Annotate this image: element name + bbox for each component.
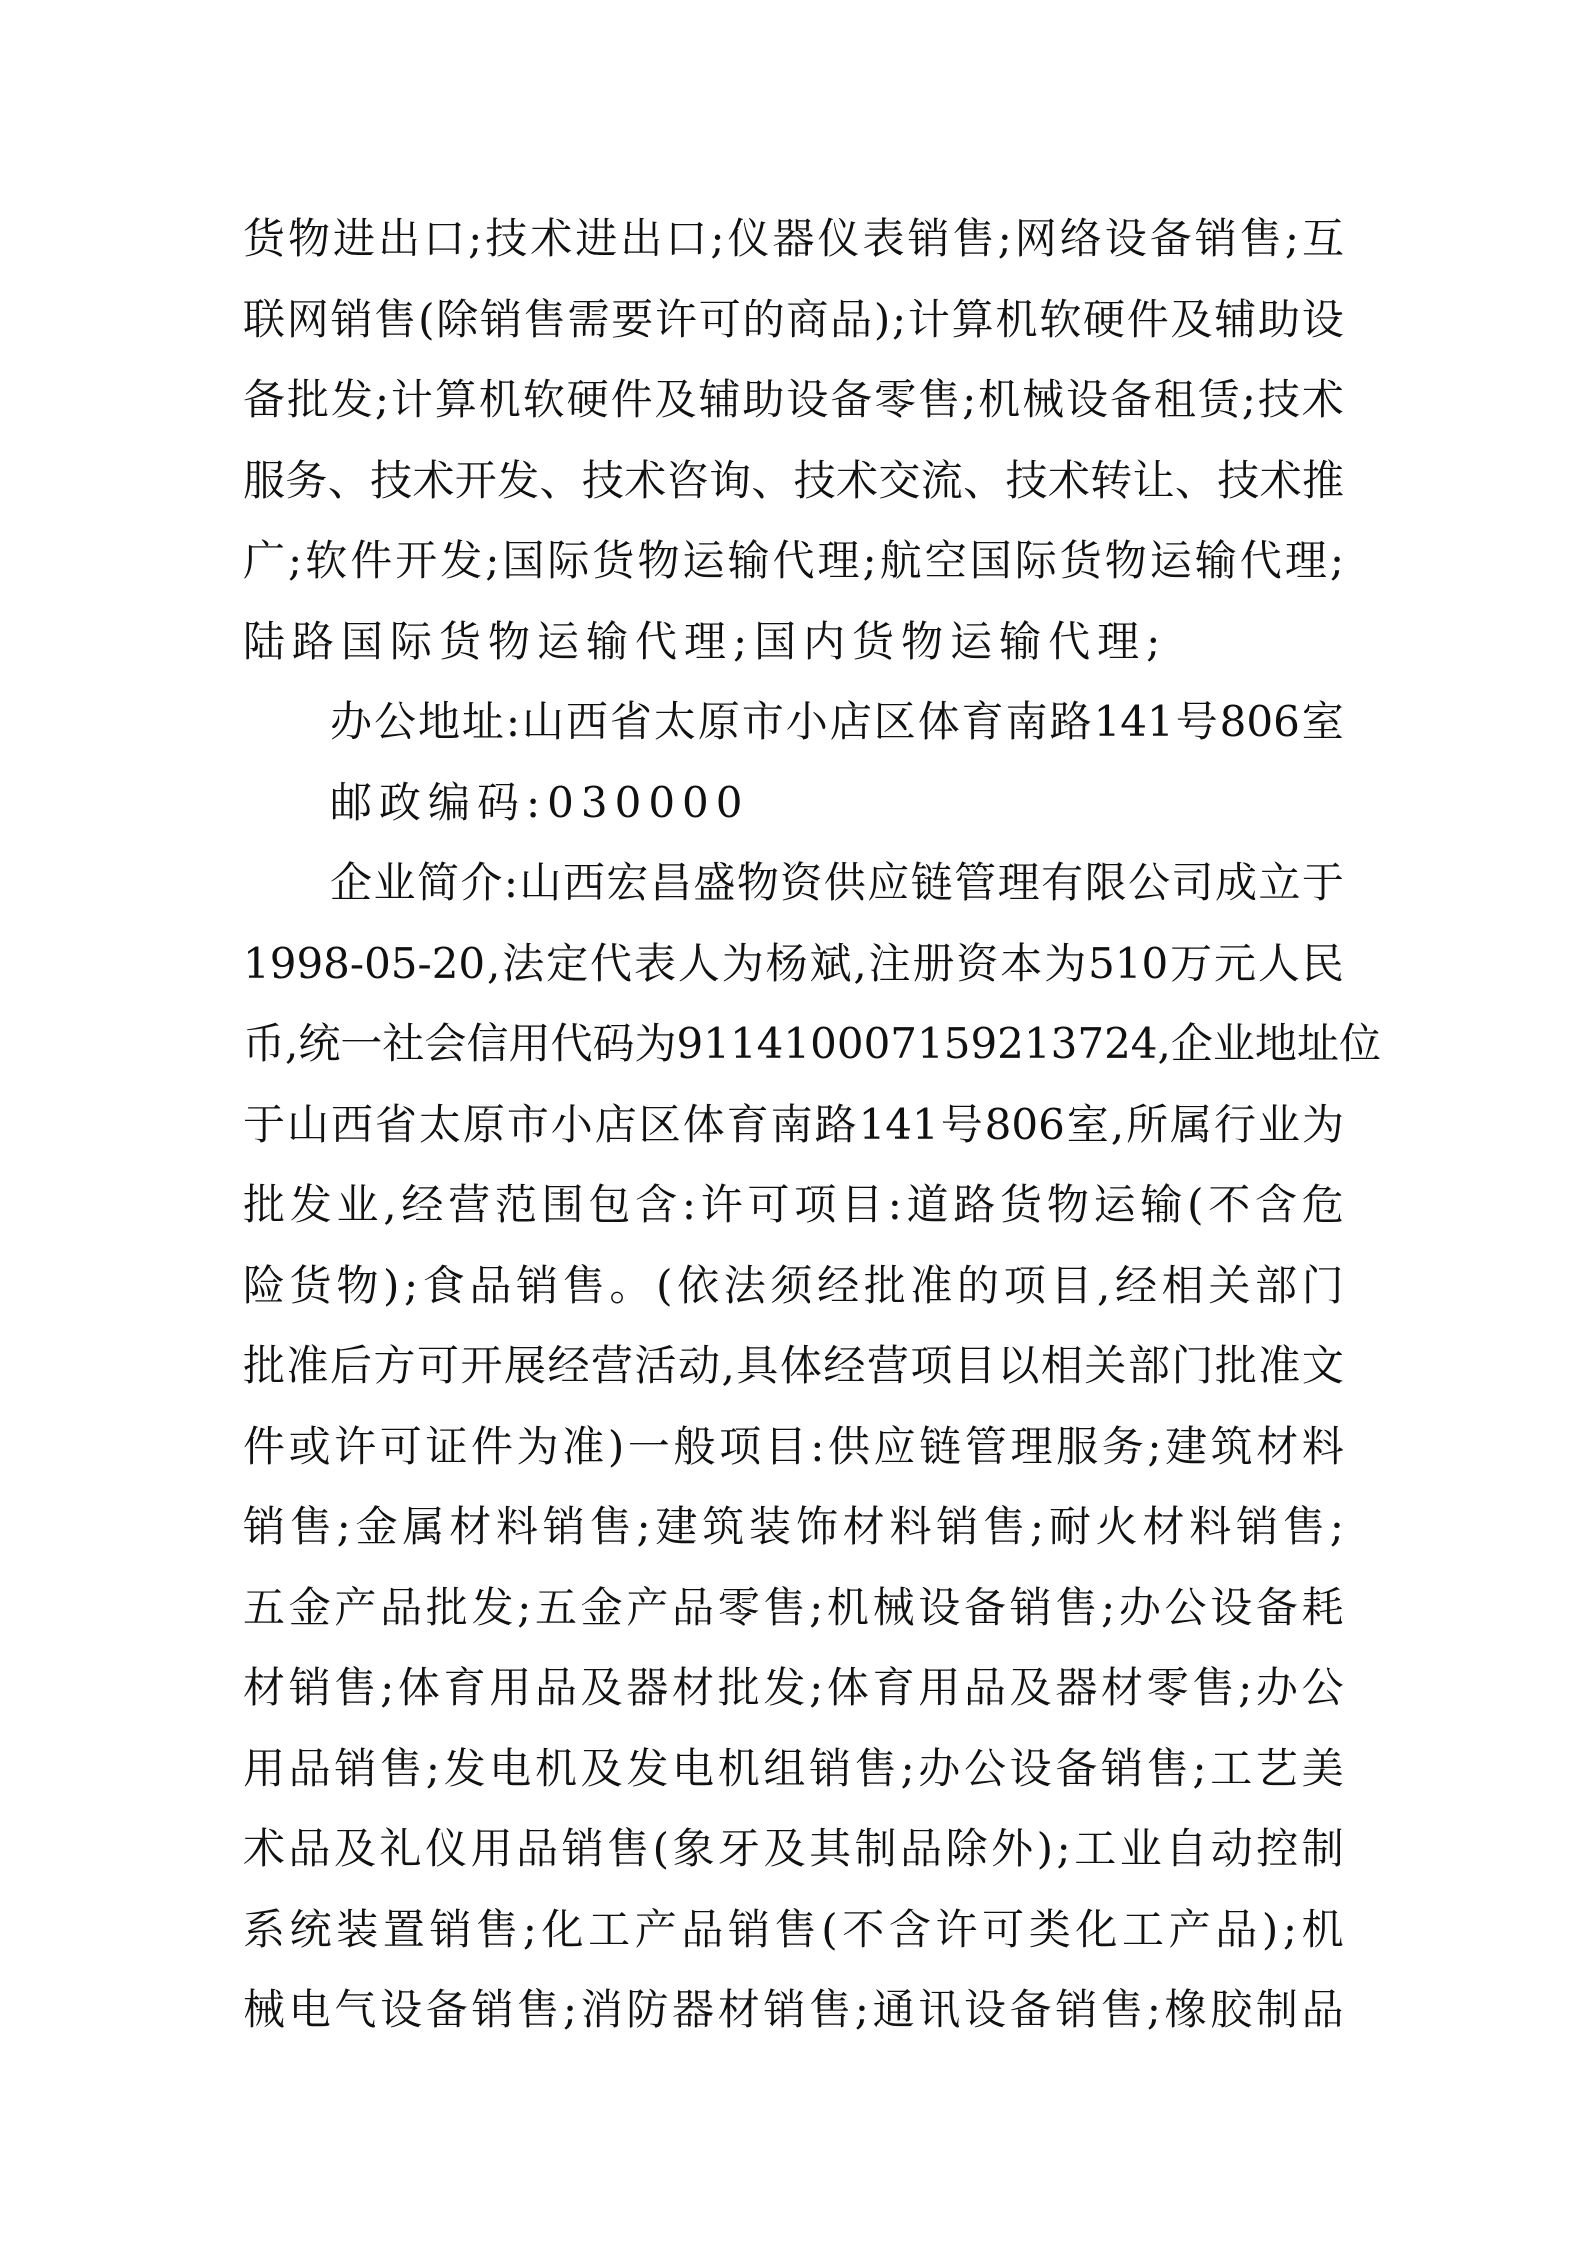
text-line: 备批发;计算机软硬件及辅助设备零售;机械设备租赁;技术	[243, 360, 1344, 441]
text-line: 材销售;体育用品及器材批发;体育用品及器材零售;办公	[243, 1648, 1344, 1729]
text-line: 险货物);食品销售。(依法须经批准的项目,经相关部门	[243, 1246, 1344, 1327]
text-line: 销售;金属材料销售;建筑装饰材料销售;耐火材料销售;	[243, 1487, 1344, 1568]
text-line: 批准后方可开展经营活动,具体经营项目以相关部门批准文	[243, 1326, 1344, 1407]
text-line: 于山西省太原市小店区体育南路141号806室,所属行业为	[243, 1085, 1344, 1166]
text-line: 币,统一社会信用代码为911410007159213724,企业地址位	[243, 1004, 1344, 1085]
text-line: 械电气设备销售;消防器材销售;通讯设备销售;橡胶制品	[243, 1970, 1344, 2051]
company-profile-line: 企业简介:山西宏昌盛物资供应链管理有限公司成立于	[243, 843, 1344, 924]
text-line: 广;软件开发;国际货物运输代理;航空国际货物运输代理;	[243, 521, 1344, 602]
text-line: 系统装置销售;化工产品销售(不含许可类化工产品);机	[243, 1890, 1344, 1971]
text-line: 1998-05-20,法定代表人为杨斌,注册资本为510万元人民	[243, 924, 1344, 1005]
text-line: 用品销售;发电机及发电机组销售;办公设备销售;工艺美	[243, 1729, 1344, 1810]
office-address-line: 办公地址:山西省太原市小店区体育南路141号806室	[243, 682, 1344, 763]
text-line: 货物进出口;技术进出口;仪器仪表销售;网络设备销售;互	[243, 199, 1344, 280]
text-line: 服务、技术开发、技术咨询、技术交流、技术转让、技术推	[243, 441, 1344, 522]
document-page: 货物进出口;技术进出口;仪器仪表销售;网络设备销售;互 联网销售(除销售需要许可…	[0, 0, 1586, 2245]
body-text: 货物进出口;技术进出口;仪器仪表销售;网络设备销售;互 联网销售(除销售需要许可…	[243, 199, 1344, 2051]
text-line: 陆路国际货物运输代理;国内货物运输代理;	[243, 602, 1344, 683]
text-line: 件或许可证件为准)一般项目:供应链管理服务;建筑材料	[243, 1407, 1344, 1488]
postal-code-line: 邮政编码:030000	[243, 763, 1344, 844]
text-line: 术品及礼仪用品销售(象牙及其制品除外);工业自动控制	[243, 1809, 1344, 1890]
text-line: 联网销售(除销售需要许可的商品);计算机软硬件及辅助设	[243, 280, 1344, 361]
text-line: 五金产品批发;五金产品零售;机械设备销售;办公设备耗	[243, 1568, 1344, 1649]
text-line: 批发业,经营范围包含:许可项目:道路货物运输(不含危	[243, 1165, 1344, 1246]
